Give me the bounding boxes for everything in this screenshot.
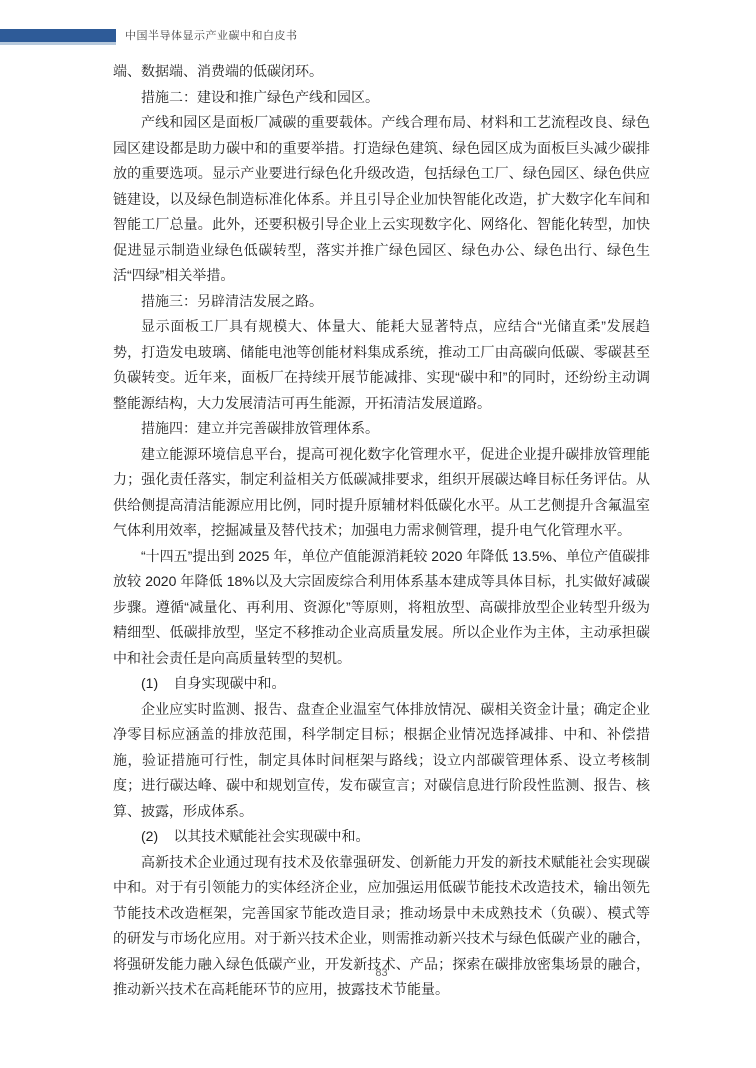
document-page: 中国半导体显示产业碳中和白皮书 端、数据端、消费端的低碳闭环。措施二：建设和推广…: [0, 0, 756, 1068]
page-footer: 83: [113, 967, 650, 979]
paragraph: 措施三：另辟清洁发展之路。: [113, 289, 650, 315]
list-item-text: 自身实现碳中和。: [174, 675, 286, 691]
document-body: 端、数据端、消费端的低碳闭环。措施二：建设和推广绿色产线和园区。产线和园区是面板…: [113, 59, 650, 1003]
page-number: 83: [375, 967, 387, 979]
document-title: 中国半导体显示产业碳中和白皮书: [125, 28, 298, 44]
list-item: (1)自身实现碳中和。: [113, 671, 650, 697]
paragraph: 端、数据端、消费端的低碳闭环。: [113, 59, 650, 85]
paragraph: 措施二：建设和推广绿色产线和园区。: [113, 85, 650, 111]
list-item-text: 以其技术赋能社会实现碳中和。: [174, 828, 370, 844]
paragraph: 建立能源环境信息平台，提高可视化数字化管理水平，促进企业提升碳排放管理能力；强化…: [113, 442, 650, 544]
paragraph: 产线和园区是面板厂减碳的重要载体。产线合理布局、材料和工艺流程改良、绿色园区建设…: [113, 110, 650, 289]
list-item-marker: (1): [141, 675, 158, 691]
list-item-marker: (2): [141, 828, 158, 844]
paragraph: 高新技术企业通过现有技术及依靠强研发、创新能力开发的新技术赋能社会实现碳中和。对…: [113, 850, 650, 1003]
list-item: (2)以其技术赋能社会实现碳中和。: [113, 824, 650, 850]
paragraph: 显示面板工厂具有规模大、体量大、能耗大显著特点，应结合“光储直柔”发展趋势，打造…: [113, 314, 650, 416]
paragraph: “十四五”提出到 2025 年，单位产值能源消耗较 2020 年降低 13.5%…: [113, 544, 650, 672]
paragraph: 措施四：建立并完善碳排放管理体系。: [113, 416, 650, 442]
paragraph: 企业应实时监测、报告、盘查企业温室气体排放情况、碳相关资金计量；确定企业净零目标…: [113, 697, 650, 825]
header-accent-bar: [0, 29, 116, 45]
